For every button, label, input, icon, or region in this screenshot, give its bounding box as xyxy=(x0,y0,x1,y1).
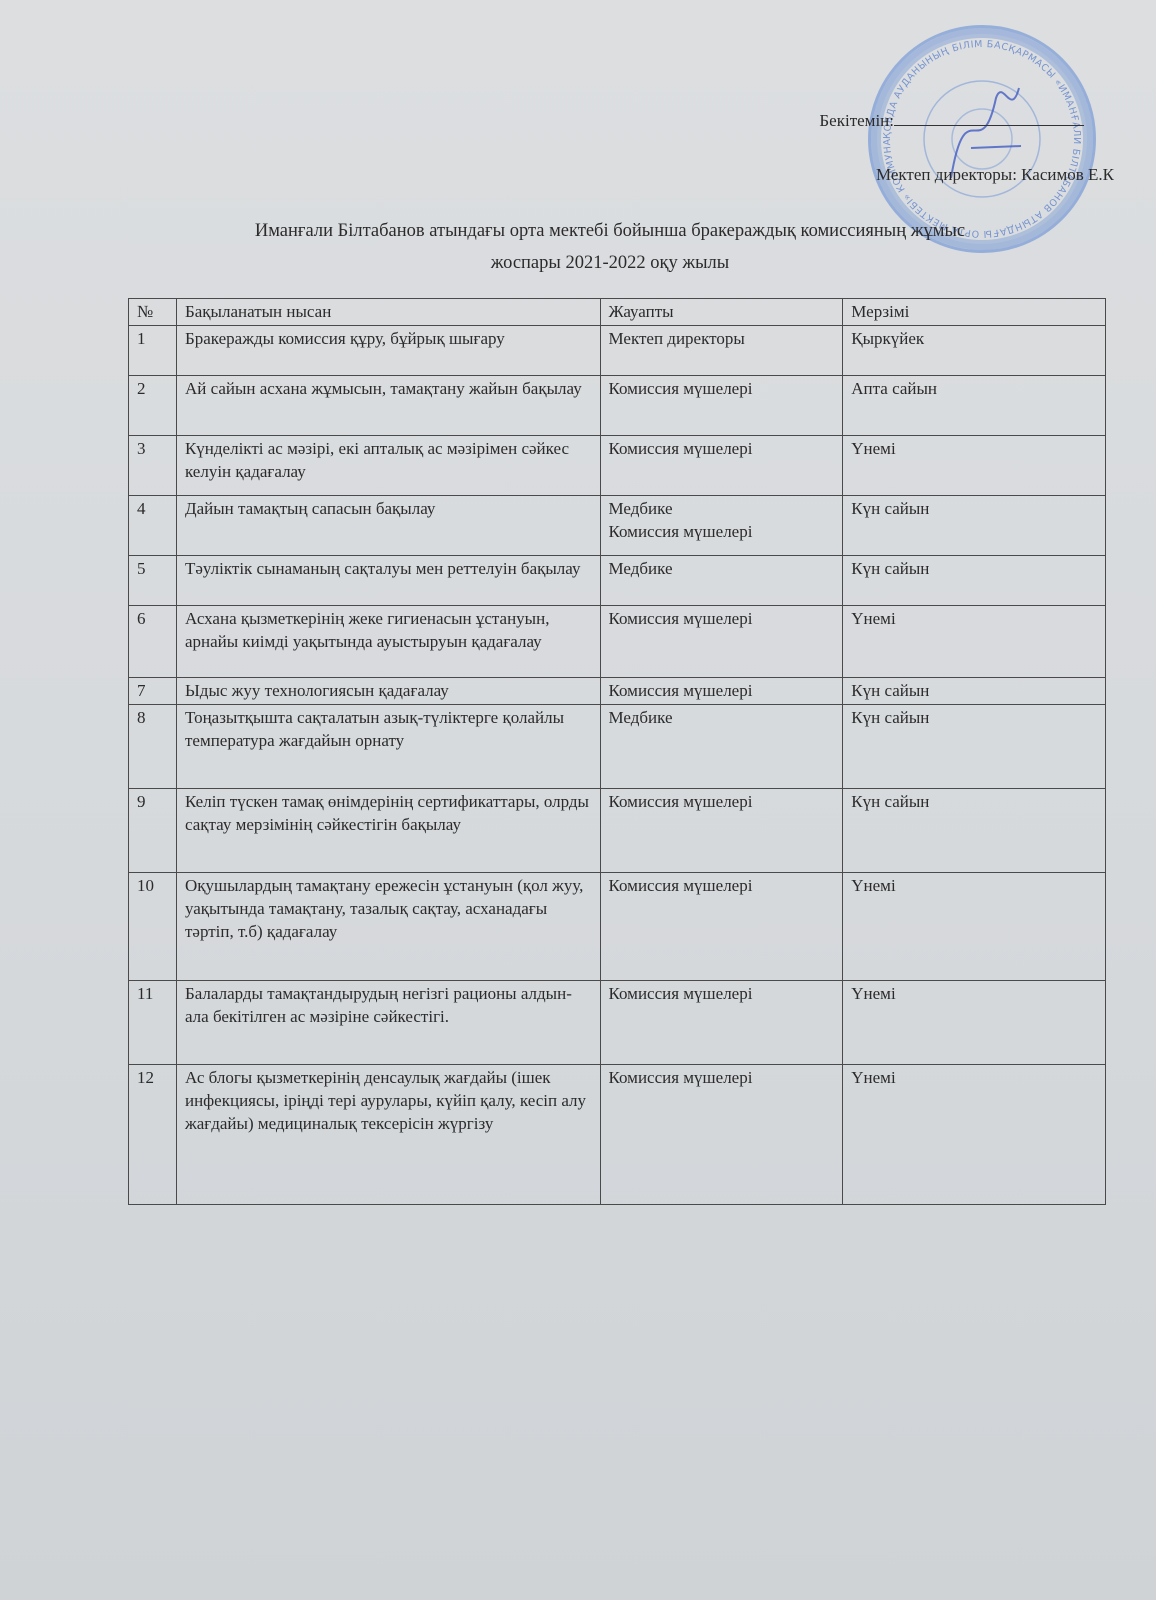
row-object: Тәуліктік сынаманың сақталуы мен реттелу… xyxy=(176,556,600,606)
table-body: 1Бракеражды комиссия құру, бұйрық шығару… xyxy=(129,326,1106,1205)
row-number: 2 xyxy=(129,376,177,436)
row-number: 11 xyxy=(129,981,177,1065)
table-header-row: № Бақыланатын нысан Жауапты Мерзімі xyxy=(129,299,1106,326)
row-object: Тоңазытқышта сақталатын азық-түліктерге … xyxy=(176,705,600,789)
header-number: № xyxy=(129,299,177,326)
row-number: 10 xyxy=(129,873,177,981)
table-row: 9Келіп түскен тамақ өнімдерінің сертифик… xyxy=(129,789,1106,873)
row-number: 6 xyxy=(129,606,177,678)
row-responsible: Комиссия мүшелері xyxy=(600,789,843,873)
row-term: Үнемі xyxy=(843,1065,1106,1205)
table-row: 7Ыдыс жуу технологиясын қадағалауКомисси… xyxy=(129,678,1106,705)
header-object: Бақыланатын нысан xyxy=(176,299,600,326)
approval-block: Бекітемін: Мектеп директоры: Касимов Е.К xyxy=(819,110,1084,132)
document-title: Иманғали Білтабанов атындағы орта мектеб… xyxy=(120,215,1100,279)
svg-text:ҚОБДА АУДАНЫНЫҢ БІЛІМ БАСҚАРМА: ҚОБДА АУДАНЫНЫҢ БІЛІМ БАСҚАРМАСЫ «ИМАНҒА… xyxy=(871,28,1082,239)
table-row: 5Тәуліктік сынаманың сақталуы мен реттел… xyxy=(129,556,1106,606)
table-row: 4Дайын тамақтың сапасын бақылауМедбике К… xyxy=(129,496,1106,556)
row-number: 3 xyxy=(129,436,177,496)
row-responsible: Комиссия мүшелері xyxy=(600,873,843,981)
work-plan-table: № Бақыланатын нысан Жауапты Мерзімі 1Бра… xyxy=(128,298,1106,1205)
row-object: Дайын тамақтың сапасын бақылау xyxy=(176,496,600,556)
row-term: Үнемі xyxy=(843,606,1106,678)
signature-line xyxy=(894,111,1084,126)
row-responsible: Медбике xyxy=(600,556,843,606)
title-line-2: жоспары 2021-2022 оқу жылы xyxy=(120,247,1100,279)
row-responsible: Медбике Комиссия мүшелері xyxy=(600,496,843,556)
table-row: 1Бракеражды комиссия құру, бұйрық шығару… xyxy=(129,326,1106,376)
header-term: Мерзімі xyxy=(843,299,1106,326)
row-object: Ыдыс жуу технологиясын қадағалау xyxy=(176,678,600,705)
row-term: Күн сайын xyxy=(843,678,1106,705)
row-term: Күн сайын xyxy=(843,496,1106,556)
title-line-1: Иманғали Білтабанов атындағы орта мектеб… xyxy=(120,215,1100,247)
table-row: 8Тоңазытқышта сақталатын азық-түліктерге… xyxy=(129,705,1106,789)
row-number: 9 xyxy=(129,789,177,873)
row-responsible: Медбике xyxy=(600,705,843,789)
row-responsible: Комиссия мүшелері xyxy=(600,981,843,1065)
approve-label: Бекітемін: xyxy=(819,110,894,132)
table-row: 11Балаларды тамақтандырудың негізгі раци… xyxy=(129,981,1106,1065)
row-term: Күн сайын xyxy=(843,789,1106,873)
row-term: Күн сайын xyxy=(843,556,1106,606)
row-responsible: Комиссия мүшелері xyxy=(600,606,843,678)
row-term: Үнемі xyxy=(843,436,1106,496)
row-term: Апта сайын xyxy=(843,376,1106,436)
row-number: 5 xyxy=(129,556,177,606)
row-term: Қыркүйек xyxy=(843,326,1106,376)
row-object: Оқушылардың тамақтану ережесін ұстануын … xyxy=(176,873,600,981)
row-term: Күн сайын xyxy=(843,705,1106,789)
row-object: Асхана қызметкерінің жеке гигиенасын ұст… xyxy=(176,606,600,678)
row-number: 8 xyxy=(129,705,177,789)
row-number: 7 xyxy=(129,678,177,705)
header-responsible: Жауапты xyxy=(600,299,843,326)
row-object: Балаларды тамақтандырудың негізгі рацион… xyxy=(176,981,600,1065)
row-term: Үнемі xyxy=(843,873,1106,981)
table-row: 6Асхана қызметкерінің жеке гигиенасын ұс… xyxy=(129,606,1106,678)
row-responsible: Комиссия мүшелері xyxy=(600,436,843,496)
director-line: Мектеп директоры: Касимов Е.К xyxy=(876,164,1114,186)
row-responsible: Комиссия мүшелері xyxy=(600,376,843,436)
row-number: 1 xyxy=(129,326,177,376)
table-row: 12Ас блогы қызметкерінің денсаулық жағда… xyxy=(129,1065,1106,1205)
row-object: Ас блогы қызметкерінің денсаулық жағдайы… xyxy=(176,1065,600,1205)
table-row: 10Оқушылардың тамақтану ережесін ұстануы… xyxy=(129,873,1106,981)
row-responsible: Комиссия мүшелері xyxy=(600,678,843,705)
row-number: 4 xyxy=(129,496,177,556)
row-term: Үнемі xyxy=(843,981,1106,1065)
table-row: 2Ай сайын асхана жұмысын, тамақтану жайы… xyxy=(129,376,1106,436)
row-object: Ай сайын асхана жұмысын, тамақтану жайын… xyxy=(176,376,600,436)
row-object: Келіп түскен тамақ өнімдерінің сертифика… xyxy=(176,789,600,873)
row-responsible: Комиссия мүшелері xyxy=(600,1065,843,1205)
row-object: Бракеражды комиссия құру, бұйрық шығару xyxy=(176,326,600,376)
row-object: Күнделікті ас мәзірі, екі апталық ас мәз… xyxy=(176,436,600,496)
row-responsible: Мектеп директоры xyxy=(600,326,843,376)
row-number: 12 xyxy=(129,1065,177,1205)
table-row: 3Күнделікті ас мәзірі, екі апталық ас мә… xyxy=(129,436,1106,496)
